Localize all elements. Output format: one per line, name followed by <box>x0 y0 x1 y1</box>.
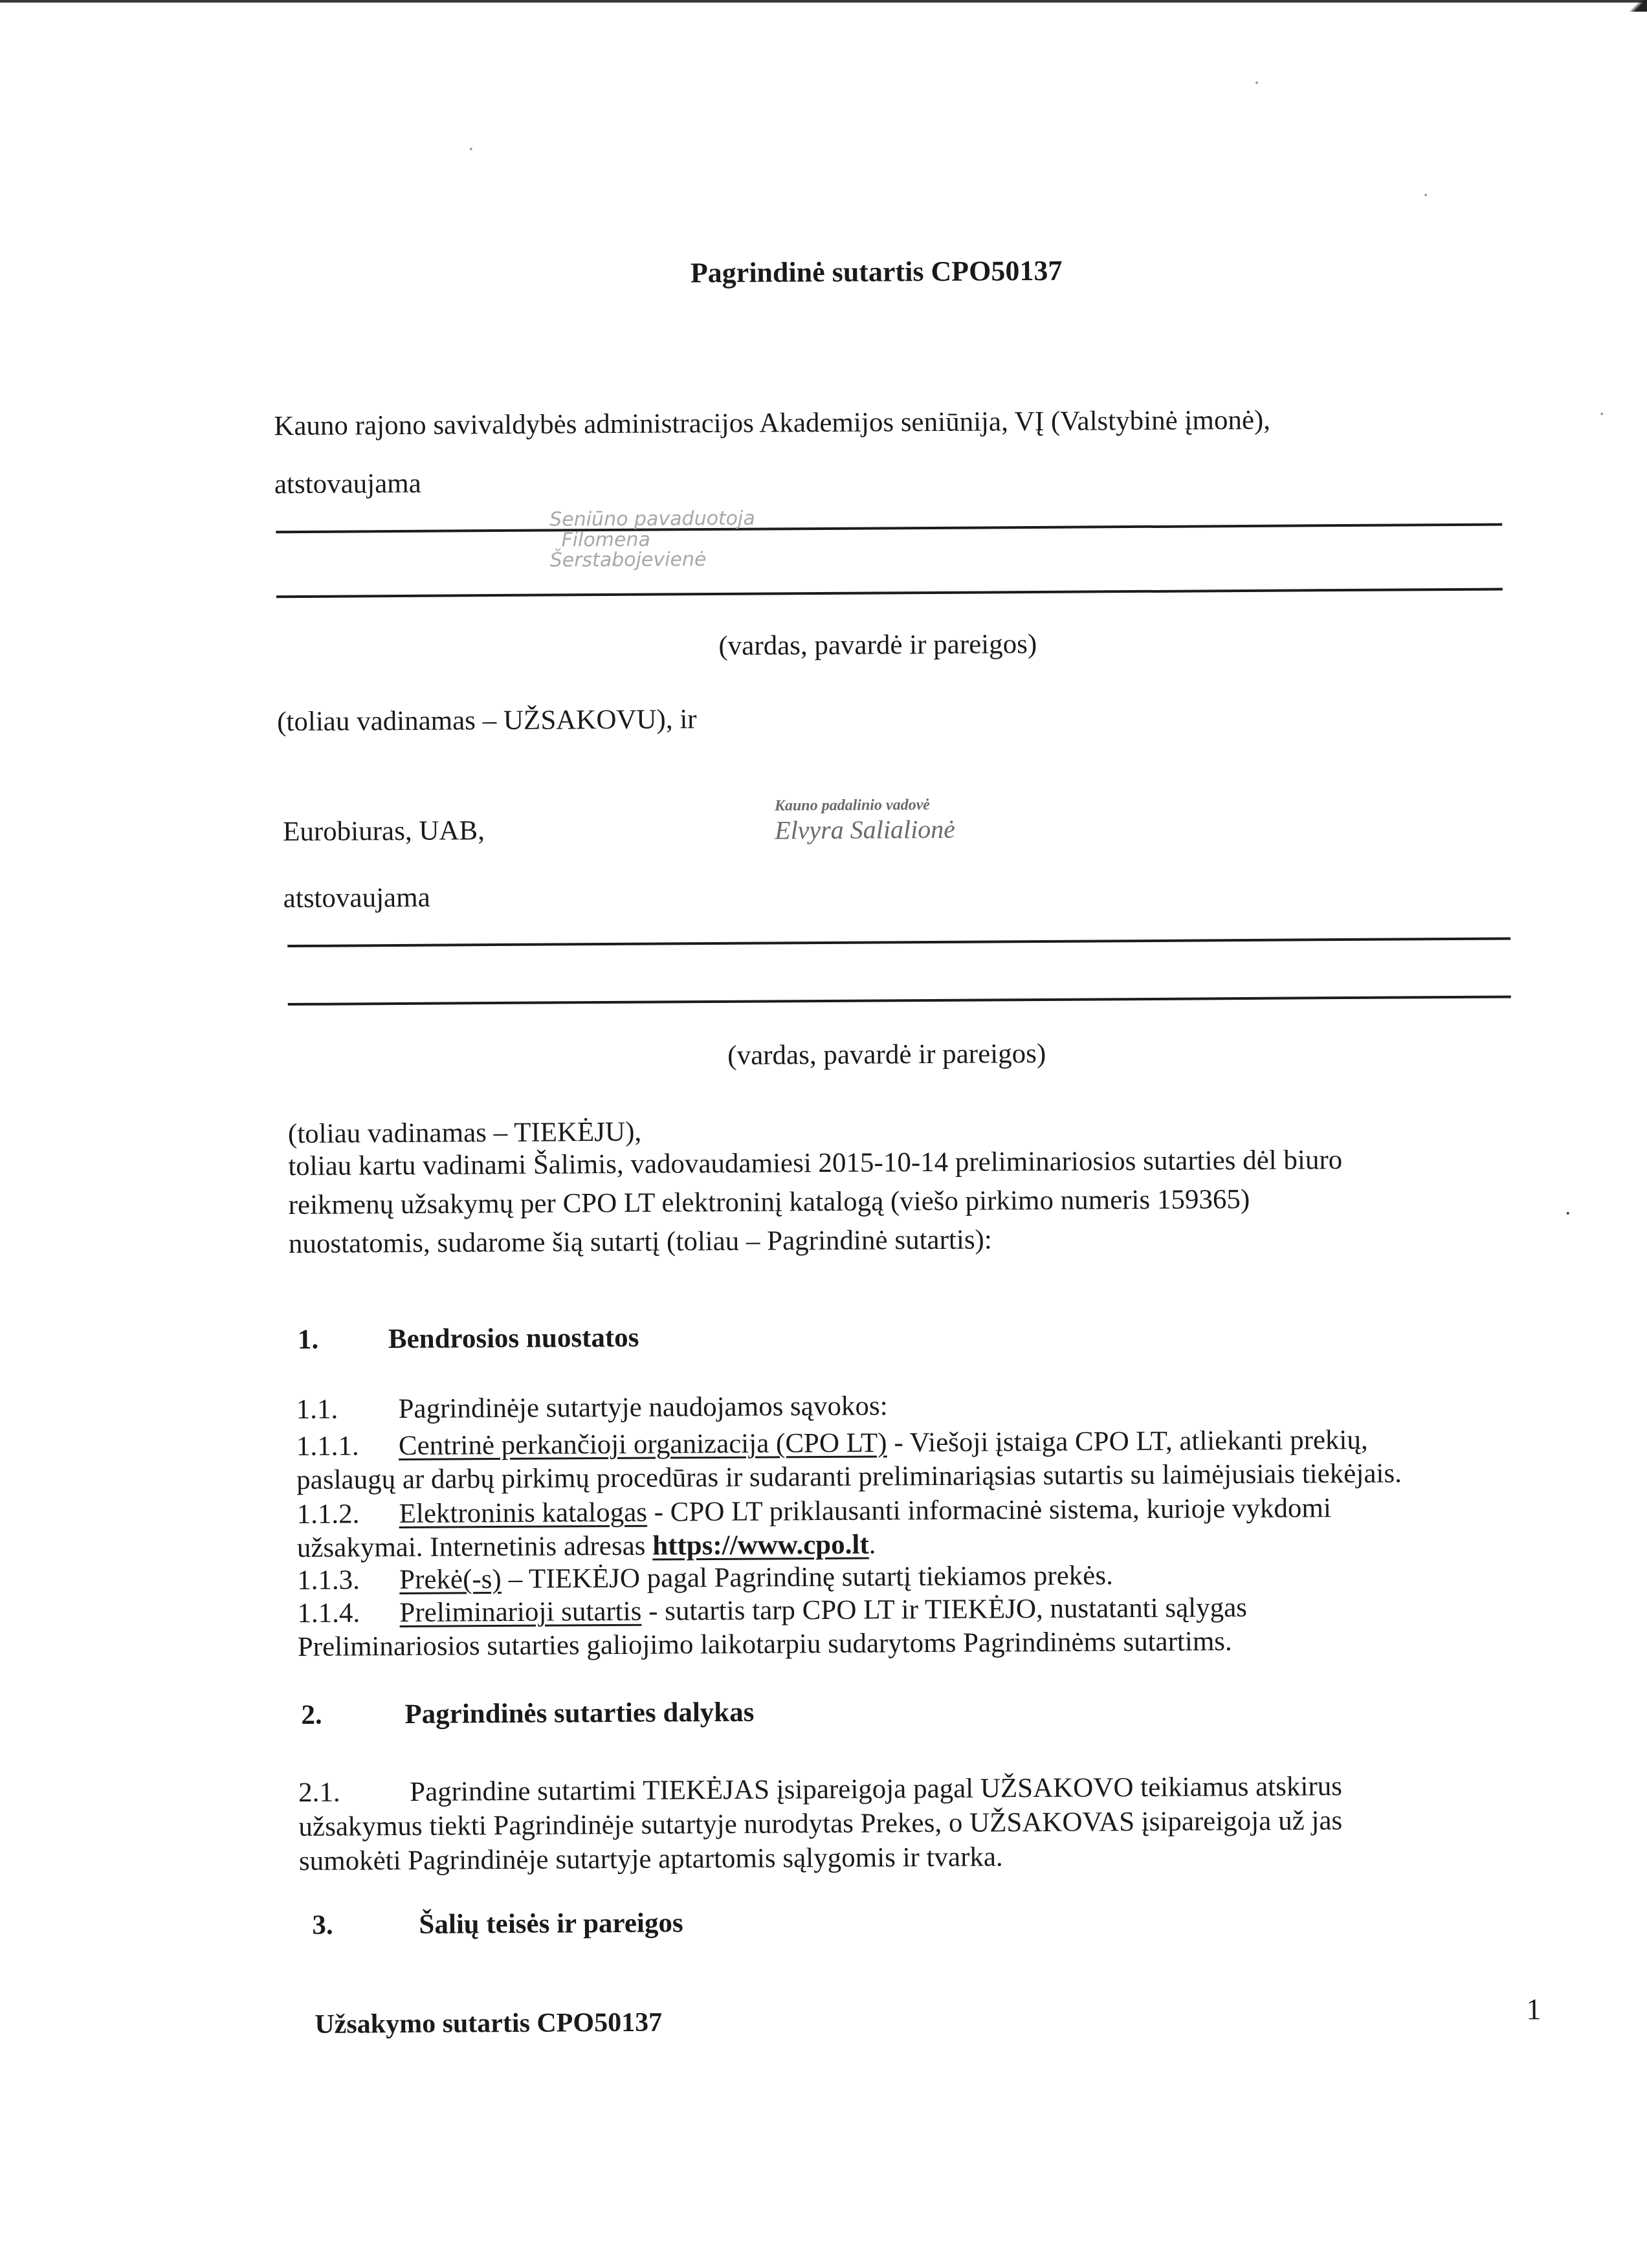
clause-1-1-2: 1.1.2.Elektroninis katalogas - CPO LT pr… <box>296 1492 1331 1531</box>
party2-stamp-name: Elvyra Salialionė <box>775 814 955 846</box>
section-3-heading: 3.Šalių teisės ir pareigos <box>312 1906 683 1942</box>
section-3-number: 3. <box>312 1908 419 1943</box>
party2-signature-line-2 <box>288 995 1511 1006</box>
party2-represented-label: atstovaujama <box>283 881 430 916</box>
clause-1-1-3-text: – TIEKĖJO pagal Pagrindinę sutartį tieki… <box>502 1560 1113 1594</box>
scan-speck <box>1424 193 1427 196</box>
scan-speck <box>1255 82 1258 84</box>
clause-2-1-line-3: sumokėti Pagrindinėje sutartyje aptartom… <box>299 1840 1003 1878</box>
clause-2-1-text-1: Pagrindine sutartimi TIEKĖJAS įsipareigo… <box>410 1771 1342 1807</box>
party2-alias: (toliau vadinamas – TIEKĖJU), <box>288 1116 641 1151</box>
party2-stamp: Kauno padalinio vadovė Elvyra Salialionė <box>775 797 955 846</box>
party1-name: Kauno rajono savivaldybės administracijo… <box>274 404 1270 443</box>
clause-1-1-4-number: 1.1.4. <box>297 1596 399 1631</box>
clause-2-1-line-2: užsakymus tiekti Pagrindinėje sutartyje … <box>298 1804 1342 1844</box>
clause-1-1-2-prefix: užsakymai. Internetinis adresas <box>297 1531 653 1563</box>
clause-1-1-1-term: Centrinė perkančioji organizacija (CPO L… <box>399 1427 887 1461</box>
clause-1-1-number: 1.1. <box>296 1393 398 1427</box>
clause-1-1: 1.1.Pagrindinėje sutartyje naudojamos są… <box>296 1389 887 1426</box>
party2-name: Eurobiuras, UAB, <box>283 814 485 848</box>
section-2-number: 2. <box>301 1698 404 1732</box>
party1-caption: (vardas, pavardė ir pareigos) <box>718 628 1037 663</box>
section-2-heading: 2.Pagrindinės sutarties dalykas <box>301 1696 754 1732</box>
scan-speck <box>470 148 472 150</box>
section-1-number: 1. <box>298 1323 388 1356</box>
section-1-title: Bendrosios nuostatos <box>388 1323 639 1354</box>
clause-1-1-1-continuation: paslaugų ar darbų pirkimų procedūras ir … <box>296 1457 1402 1497</box>
clause-1-1-3-term: Prekė(-s) <box>399 1564 502 1595</box>
preamble-line-2: reikmenų užsakymų per CPO LT elektroninį… <box>289 1183 1250 1222</box>
clause-1-1-3-number: 1.1.3. <box>297 1563 399 1598</box>
party1-represented-label: atstovaujama <box>274 467 421 501</box>
clause-1-1-3: 1.1.3.Prekė(-s) – TIEKĖJO pagal Pagrindi… <box>297 1559 1113 1597</box>
clause-1-1-2-continuation: užsakymai. Internetinis adresas https://… <box>297 1528 876 1565</box>
page-number: 1 <box>1526 1992 1541 2026</box>
clause-1-1-4-continuation: Preliminariosios sutarties galiojimo lai… <box>298 1625 1232 1664</box>
clause-1-1-4: 1.1.4.Preliminarioji sutartis - sutartis… <box>297 1591 1247 1631</box>
party2-caption: (vardas, pavardė ir pareigos) <box>727 1037 1046 1073</box>
clause-1-1-4-term: Preliminarioji sutartis <box>399 1596 641 1628</box>
clause-1-1-1-number: 1.1.1. <box>296 1429 399 1464</box>
party1-signature-line-1 <box>276 523 1502 534</box>
party2-signature-line-1 <box>287 937 1510 947</box>
scan-speck <box>1567 1212 1569 1215</box>
section-2-title: Pagrindinės sutarties dalykas <box>404 1697 754 1730</box>
scan-speck <box>1600 413 1603 415</box>
party1-signature-line-2 <box>276 588 1503 599</box>
clause-1-1-2-term: Elektroninis katalogas <box>399 1497 647 1529</box>
section-3-title: Šalių teisės ir pareigos <box>419 1908 683 1939</box>
document-title: Pagrindinė sutartis CPO50137 <box>691 254 1063 290</box>
preamble-line-3: nuostatomis, sudarome šią sutartį (tolia… <box>289 1223 992 1261</box>
clause-2-1-number: 2.1. <box>298 1776 410 1810</box>
party1-stamp-role: Seniūno pavaduotoja <box>549 509 755 530</box>
clause-1-1-1-text: - Viešoji įstaiga CPO LT, atliekanti pre… <box>887 1425 1367 1459</box>
party1-stamp-lastname: Šerstabojevienė <box>549 549 755 571</box>
party1-alias: (toliau vadinamas – UŽSAKOVU), ir <box>277 703 697 739</box>
party1-stamp-firstname: Filomena <box>549 529 755 550</box>
preamble-line-1: toliau kartu vadinami Šalimis, vadovauda… <box>288 1143 1342 1184</box>
clause-1-1-2-suffix: . <box>868 1530 876 1560</box>
clause-1-1-4-text: - sutartis tarp CPO LT ir TIEKĖJO, nusta… <box>641 1592 1247 1627</box>
cpo-website-link[interactable]: https://www.cpo.lt <box>652 1530 869 1561</box>
footer-label: Užsakymo sutartis CPO50137 <box>315 2007 662 2040</box>
clause-1-1-2-number: 1.1.2. <box>296 1497 399 1532</box>
section-1-heading: 1.Bendrosios nuostatos <box>298 1321 639 1357</box>
clause-1-1-1: 1.1.1.Centrinė perkančioji organizacija … <box>296 1424 1368 1464</box>
clause-1-1-text: Pagrindinėje sutartyje naudojamos sąvoko… <box>398 1391 887 1424</box>
party1-stamp: Seniūno pavaduotoja Filomena Šerstabojev… <box>549 509 755 571</box>
party2-stamp-role: Kauno padalinio vadovė <box>775 797 955 815</box>
document-page: Pagrindinė sutartis CPO50137 Kauno rajon… <box>0 0 1647 2268</box>
clause-1-1-2-text: - CPO LT priklausanti informacinė sistem… <box>647 1493 1331 1527</box>
clause-2-1-line-1: 2.1.Pagrindine sutartimi TIEKĖJAS įsipar… <box>298 1770 1342 1809</box>
